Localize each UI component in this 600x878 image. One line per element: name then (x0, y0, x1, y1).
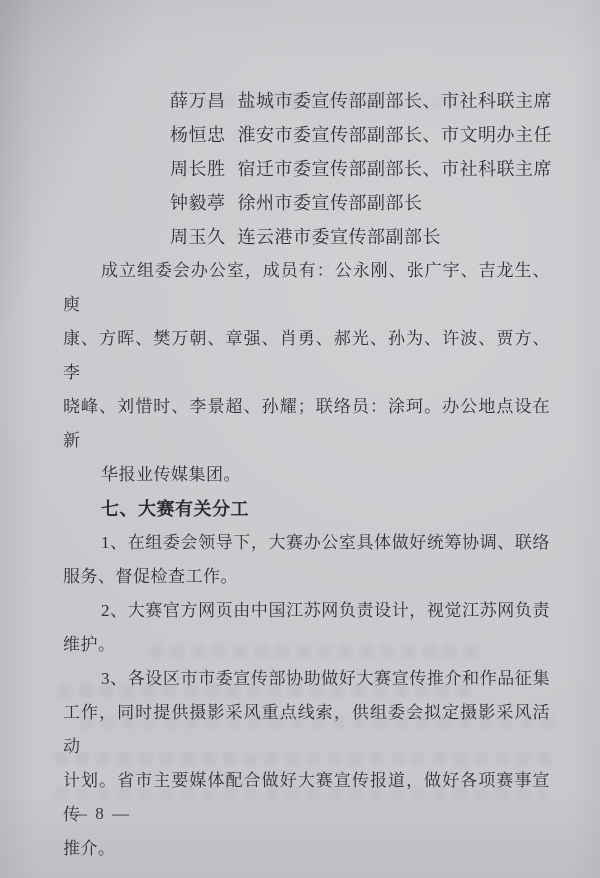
roster-name: 钟毅葶 (170, 193, 226, 213)
paragraph-item3-line: 计划。省市主要媒体配合做好大赛宣传报道，做好各项赛事宣传 (63, 764, 550, 832)
paragraph-item3-line: 3、各设区市市委宣传部协助做好大赛宣传推介和作品征集 (63, 662, 550, 696)
paragraph-item2-line: 维护。 (63, 628, 550, 662)
roster-title: 连云港市委宣传部副部长 (238, 227, 442, 247)
paragraph-office-line: 康、方晖、樊万朝、章强、肖勇、郝光、孙为、许波、贾方、李 (63, 322, 550, 390)
roster-row: 周长胜宿迁市委宣传部副部长、市社科联主席 (63, 152, 550, 186)
roster-name: 薛万昌 (170, 91, 226, 111)
paragraph-item1-line: 1、在组委会领导下，大赛办公室具体做好统筹协调、联络 (63, 526, 550, 560)
roster-row: 薛万昌盐城市委宣传部副部长、市社科联主席 (63, 84, 550, 118)
roster-title: 盐城市委宣传部副部长、市社科联主席 (238, 91, 553, 111)
document-page: 薛万昌盐城市委宣传部副部长、市社科联主席 杨恒忠淮安市委宣传部副部长、市文明办主… (0, 0, 600, 878)
section-heading: 七、大赛有关分工 (63, 492, 550, 526)
roster-row: 周玉久连云港市委宣传部副部长 (63, 220, 550, 254)
roster-row: 钟毅葶徐州市委宣传部副部长 (63, 186, 550, 220)
roster-name: 周长胜 (170, 159, 226, 179)
paragraph-item2-line: 2、大赛官方网页由中国江苏网负责设计，视觉江苏网负责 (63, 594, 550, 628)
paragraph-office-line: 华报业传媒集团。 (63, 458, 550, 492)
paragraph-item3-line: 工作，同时提供摄影采风重点线索，供组委会拟定摄影采风活动 (63, 696, 550, 764)
roster-name: 杨恒忠 (170, 125, 226, 145)
roster-title: 宿迁市委宣传部副部长、市社科联主席 (238, 159, 553, 179)
roster-name: 周玉久 (170, 227, 226, 247)
roster-row: 杨恒忠淮安市委宣传部副部长、市文明办主任 (63, 118, 550, 152)
page-number: — 8 — (70, 804, 131, 824)
roster-title: 徐州市委宣传部副部长 (238, 193, 423, 213)
paragraph-office-line: 晓峰、刘惜时、李景超、孙耀；联络员：涂珂。办公地点设在新 (63, 390, 550, 458)
paragraph-item1-line: 服务、督促检查工作。 (63, 560, 550, 594)
paragraph-item3-line: 推介。 (63, 832, 550, 866)
roster-title: 淮安市委宣传部副部长、市文明办主任 (238, 125, 553, 145)
paragraph-office-line: 成立组委会办公室，成员有：公永刚、张广宇、吉龙生、庾 (63, 254, 550, 322)
document-text-block: 薛万昌盐城市委宣传部副部长、市社科联主席 杨恒忠淮安市委宣传部副部长、市文明办主… (63, 84, 550, 866)
